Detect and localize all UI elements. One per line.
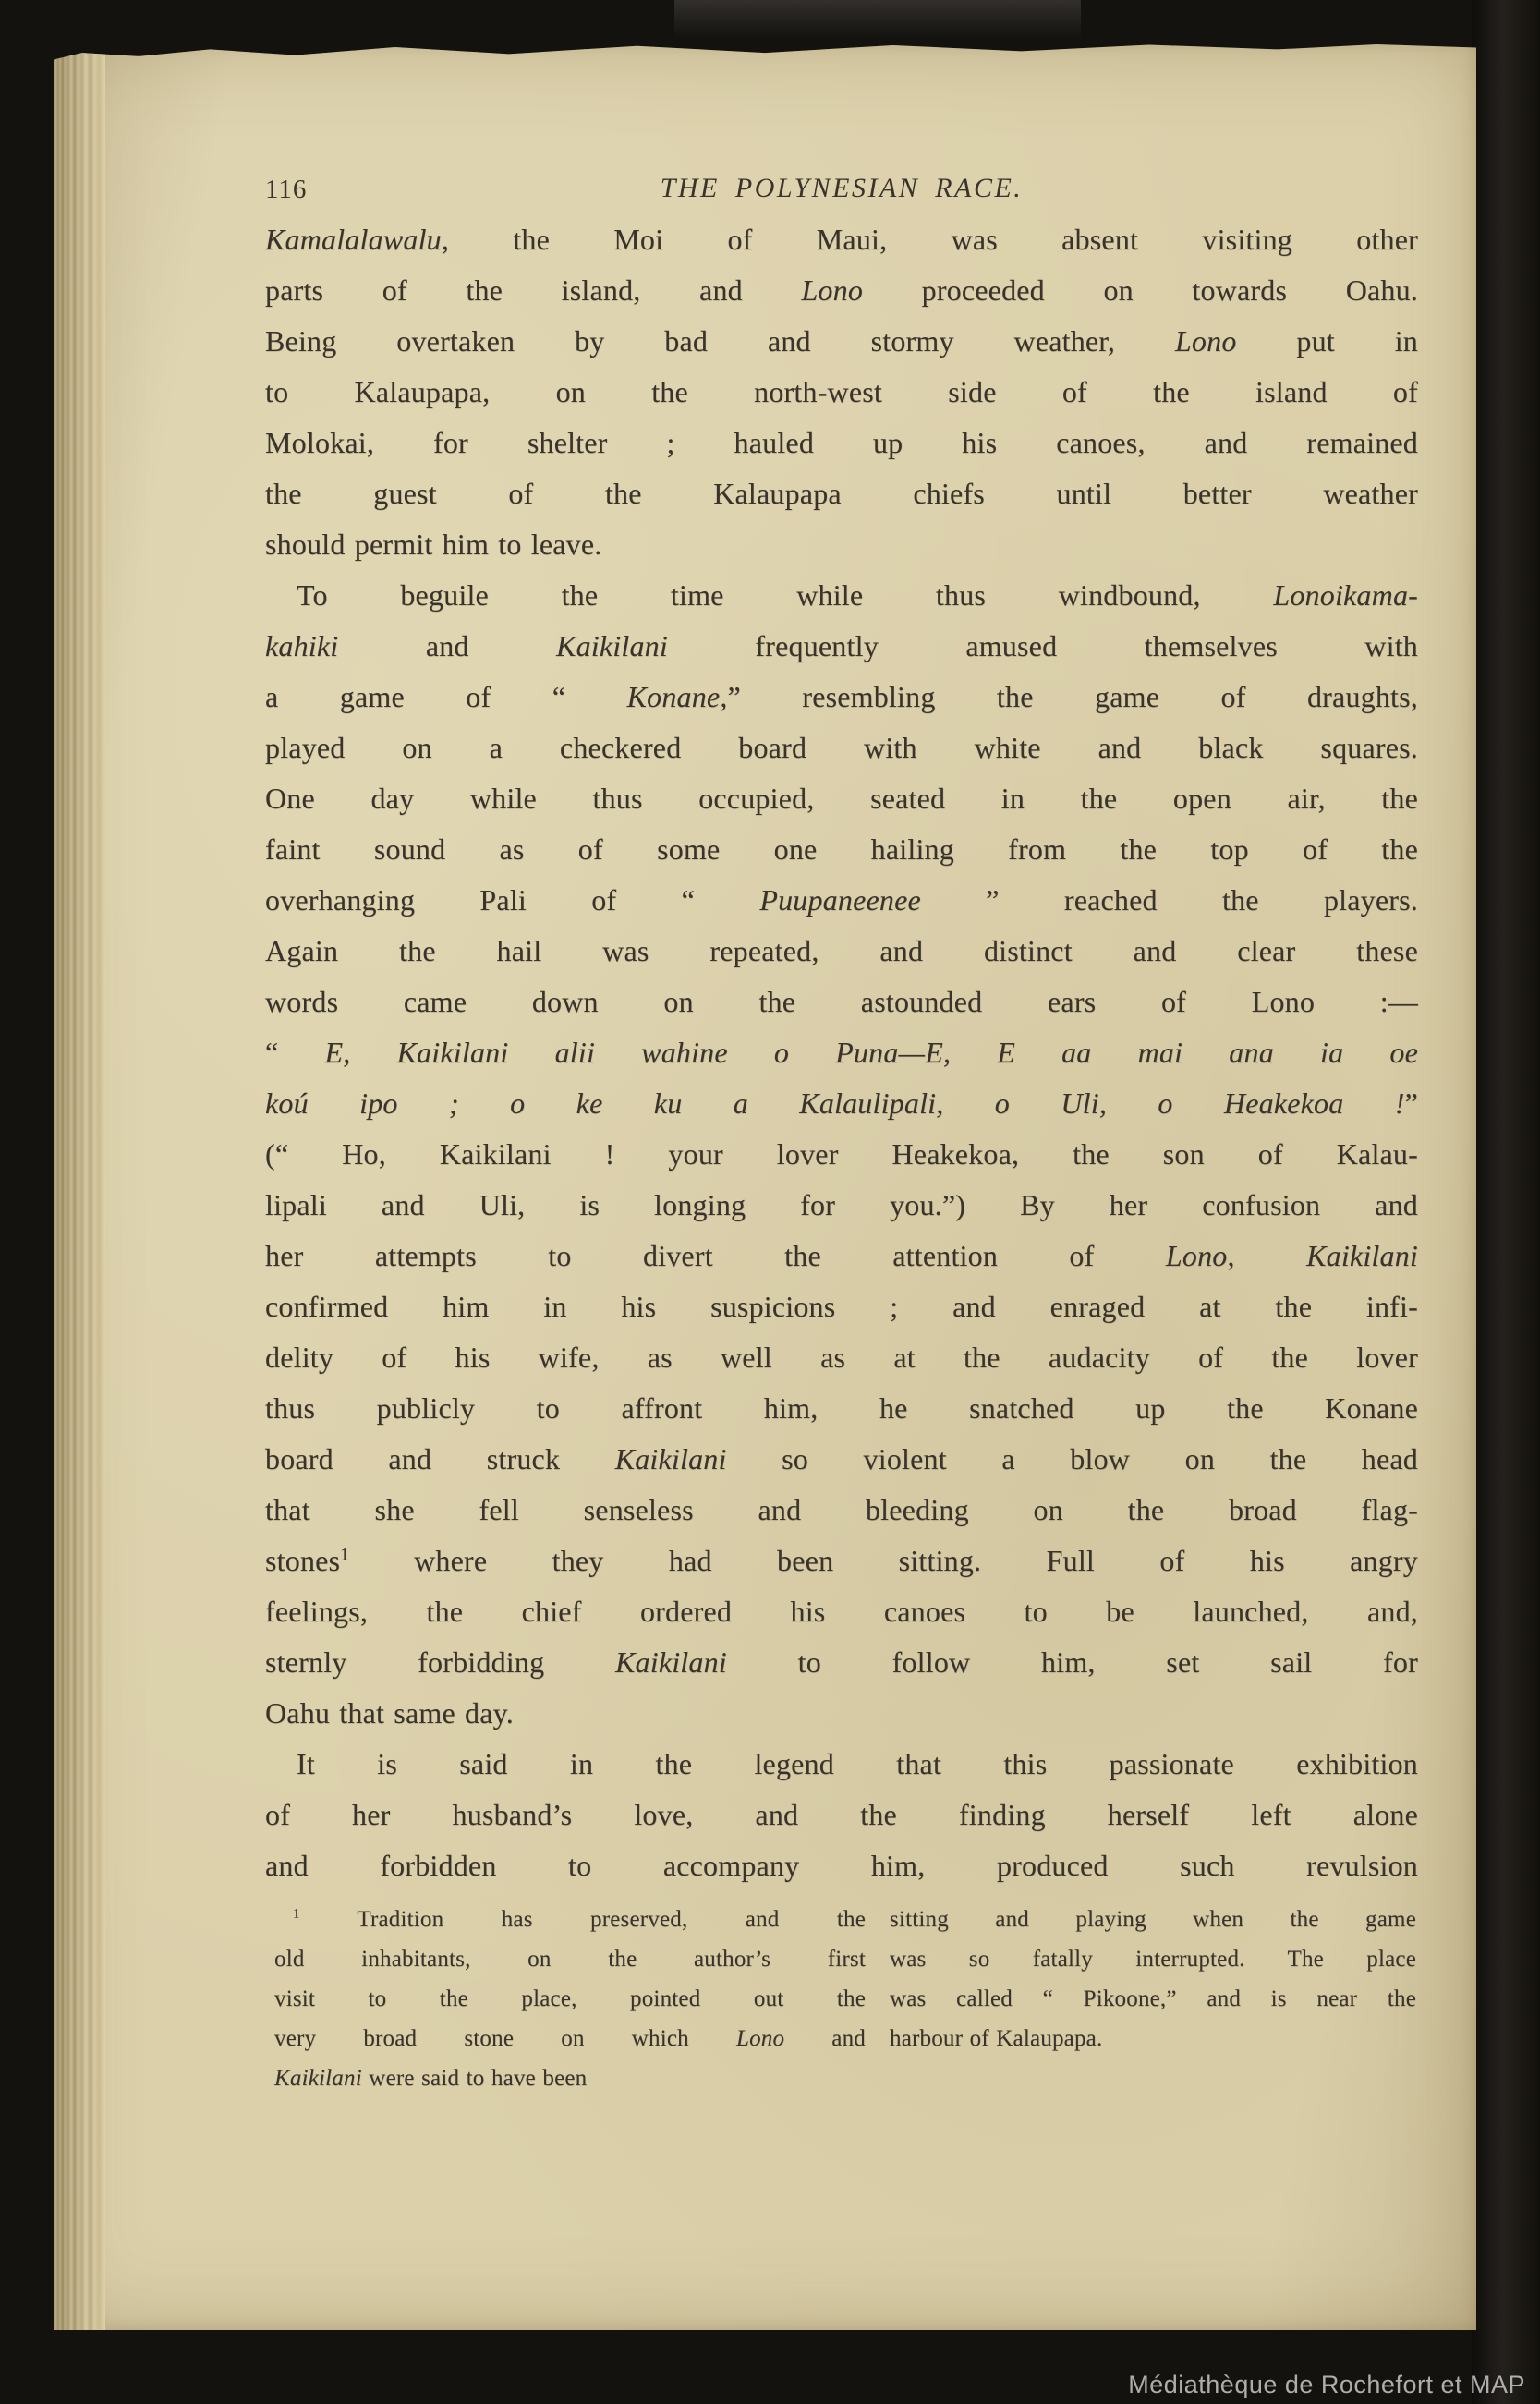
body-paragraph: To beguile the time while thus windbound… [265,570,1418,1739]
text-line: that she fell senseless and bleeding on … [265,1485,1418,1536]
page-header: 116 THE POLYNESIAN RACE. [265,173,1418,213]
text-line: words came down on the astounded ears of… [265,977,1418,1027]
footnote-right-column: sitting and playing when the gamewas so … [890,1900,1416,2098]
text-line: kahiki and Kaikilani frequently amused t… [265,621,1418,672]
body-paragraph: It is said in the legend that this passi… [265,1739,1418,1891]
text-line: Oahu that same day. [265,1688,1418,1739]
text-line: confirmed him in his suspicions ; and en… [265,1281,1418,1332]
text-line: and forbidden to accompany him, produced… [265,1840,1418,1891]
text-line: lipali and Uli, is longing for you.”) By… [265,1180,1418,1231]
page-number: 116 [265,175,307,205]
book-page: 116 THE POLYNESIAN RACE. Kamalalawalu, t… [54,42,1476,2330]
page-stack-edge [54,42,105,2330]
page-body: Kamalalawalu, the Moi of Maui, was absen… [265,214,1418,1891]
text-line: Being overtaken by bad and stormy weathe… [265,316,1418,367]
text-line: of her husband’s love, and the finding h… [265,1790,1418,1840]
text-line: koú ipo ; o ke ku a Kalaulipali, o Uli, … [265,1078,1418,1129]
text-line: Again the hail was repeated, and distinc… [265,926,1418,977]
text-line: sitting and playing when the game [890,1900,1416,1939]
text-line: It is said in the legend that this passi… [265,1739,1418,1790]
running-title: THE POLYNESIAN RACE. [265,173,1418,204]
footnote: 1 Tradition has preserved, and theold in… [274,1900,1425,2098]
body-paragraph: Kamalalawalu, the Moi of Maui, was absen… [265,214,1418,570]
text-line: “ E, Kaikilani alii wahine o Puna—E, E a… [265,1027,1418,1078]
text-line: sternly forbidding Kaikilani to follow h… [265,1637,1418,1688]
text-line: stones1 where they had been sitting. Ful… [265,1536,1418,1586]
text-line: was called “ Pikoone,” and is near the [890,1979,1416,2019]
text-line: the guest of the Kalaupapa chiefs until … [265,468,1418,519]
text-line: To beguile the time while thus windbound… [265,570,1418,621]
book-scan: 116 THE POLYNESIAN RACE. Kamalalawalu, t… [0,0,1540,2404]
text-line: One day while thus occupied, seated in t… [265,773,1418,824]
text-line: visit to the place, pointed out the [274,1979,866,2019]
text-line: very broad stone on which Lono and [274,2019,866,2058]
text-line: 1 Tradition has preserved, and the [274,1900,866,1939]
watermark: Médiathèque de Rochefort et MAP [1128,2371,1525,2399]
text-line: feelings, the chief ordered his canoes t… [265,1586,1418,1637]
text-line: old inhabitants, on the author’s first [274,1939,866,1979]
text-line: overhanging Pali of “ Puupaneenee ” reac… [265,875,1418,926]
text-line: delity of his wife, as well as at the au… [265,1332,1418,1383]
text-line: should permit him to leave. [265,519,1418,570]
text-line: played on a checkered board with white a… [265,722,1418,773]
text-line: Kamalalawalu, the Moi of Maui, was absen… [265,214,1418,265]
book-cover-edge [1472,0,1540,2404]
text-line: (“ Ho, Kaikilani ! your lover Heakekoa, … [265,1129,1418,1180]
text-line: a game of “ Konane,” resembling the game… [265,672,1418,722]
text-line: faint sound as of some one hailing from … [265,824,1418,875]
text-line: was so fatally interrupted. The place [890,1939,1416,1979]
text-line: her attempts to divert the attention of … [265,1231,1418,1281]
text-line: thus publicly to affront him, he snatche… [265,1383,1418,1434]
footnote-left-column: 1 Tradition has preserved, and theold in… [274,1900,866,2098]
text-line: Molokai, for shelter ; hauled up his can… [265,418,1418,468]
text-line: Kaikilani were said to have been [274,2058,866,2098]
text-line: parts of the island, and Lono proceeded … [265,265,1418,316]
text-line: harbour of Kalaupapa. [890,2019,1416,2058]
book-binding-top [674,0,1081,39]
text-line: to Kalaupapa, on the north-west side of … [265,367,1418,418]
text-line: board and struck Kaikilani so violent a … [265,1434,1418,1485]
